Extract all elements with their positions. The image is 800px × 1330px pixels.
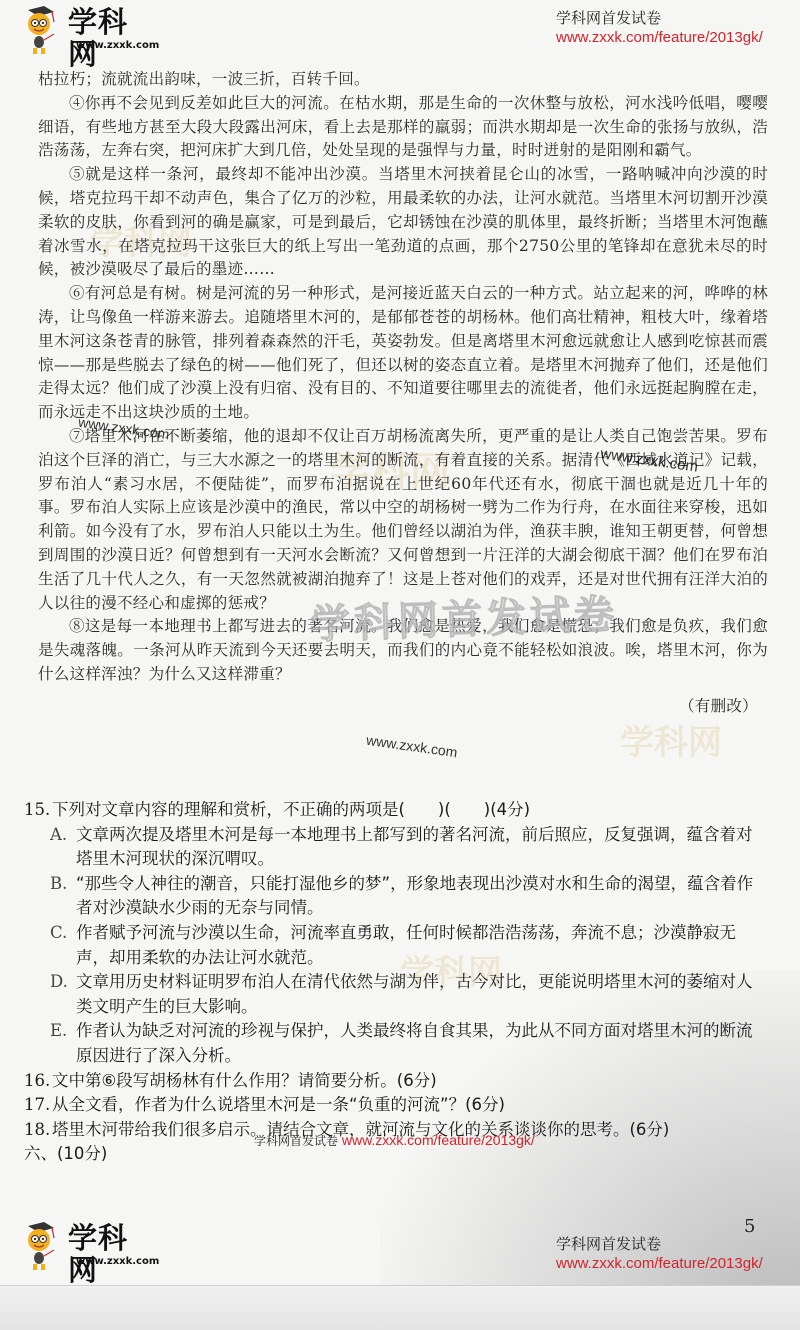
question-number: 17. xyxy=(24,1093,52,1118)
question-number: 16. xyxy=(24,1069,52,1094)
option-e: E. 作者认为缺乏对河流的珍视与保护，人类最终将自食其果，为此从不同方面对塔里木… xyxy=(24,1019,764,1068)
option-text: 作者赋予河流与沙漠以生命，河流率直勇敢，任何时候都浩浩荡荡，奔流不息；沙漠静寂无… xyxy=(76,921,764,970)
passage-paragraph: ⑤就是这样一条河，最终却不能冲出沙漠。当塔里木河挟着昆仑山的冰雪，一路呐喊冲向沙… xyxy=(38,163,768,282)
footer-url[interactable]: www.zxxk.com/feature/2013gk/ xyxy=(556,1254,763,1274)
section-six-label: 六、(10分) xyxy=(24,1142,107,1167)
page-header: 学科网 www.zxxk.com 学科网首发试卷 www.zxxk.com/fe… xyxy=(0,0,800,60)
reading-passage: 枯拉朽；流就流出韵味，一波三折，百转千回。 ④你再不会见到反差如此巨大的河流。在… xyxy=(38,68,768,719)
watermark-inline-url: www.zxxk.com/feature/2013gk/ xyxy=(342,1132,535,1148)
question-17: 17. 从全文看，作者为什么说塔里木河是一条“负重的河流”？(6分) xyxy=(24,1093,764,1118)
logo-brand: 学科网 xyxy=(68,6,144,70)
watermark-inline: 学科网首发试卷 www.zxxk.com/feature/2013gk/ xyxy=(254,1132,535,1149)
page-footer: 学科网 www.zxxk.com 学科网首发试卷 www.zxxk.com/fe… xyxy=(0,1200,800,1260)
passage-paragraph: 枯拉朽；流就流出韵味，一波三折，百转千回。 xyxy=(38,68,768,92)
passage-paragraph: ⑧这是每一本地理书上都写进去的著名河流。我们愈是热爱，我们愈是慌恐；我们愈是负疚… xyxy=(38,615,768,686)
watermark-url: www.zxxk.com xyxy=(365,732,458,761)
question-text: 下列对文章内容的理解和赏析，不正确的两项是( )( )(4分) xyxy=(52,798,530,823)
passage-credit: （有删改） xyxy=(38,695,768,719)
option-text: 作者认为缺乏对河流的珍视与保护，人类最终将自食其果，为此从不同方面对塔里木河的断… xyxy=(76,1019,764,1068)
questions-section: 15. 下列对文章内容的理解和赏析，不正确的两项是( )( )(4分) A. 文… xyxy=(24,798,764,1167)
option-text: 文章用历史材料证明罗布泊人在清代依然与湖为伴，古今对比，更能说明塔里木河的萎缩对… xyxy=(76,970,764,1019)
header-right: 学科网首发试卷 www.zxxk.com/feature/2013gk/ xyxy=(556,8,763,48)
option-letter: D. xyxy=(50,970,76,1019)
header-title: 学科网首发试卷 xyxy=(556,8,763,28)
option-letter: E. xyxy=(50,1019,76,1068)
option-letter: C. xyxy=(50,921,76,970)
watermark-logo: 学科网 xyxy=(620,715,722,764)
page-number: 5 xyxy=(744,1216,755,1237)
zxxk-logo: 学科网 www.zxxk.com xyxy=(24,4,144,56)
question-16: 16. 文中第⑥段写胡杨林有什么作用？请简要分析。(6分) xyxy=(24,1069,764,1094)
watermark-inline-label: 学科网首发试卷 xyxy=(254,1134,338,1148)
footer-title: 学科网首发试卷 xyxy=(556,1234,763,1254)
option-d: D. 文章用历史材料证明罗布泊人在清代依然与湖为伴，古今对比，更能说明塔里木河的… xyxy=(24,970,764,1019)
scan-edge xyxy=(0,1285,800,1330)
option-letter: A. xyxy=(50,823,76,872)
passage-paragraph: ④你再不会见到反差如此巨大的河流。在枯水期，那是生命的一次休整与放松，河水浅吟低… xyxy=(38,92,768,163)
mascot-icon xyxy=(24,4,56,56)
option-c: C. 作者赋予河流与沙漠以生命，河流率直勇敢，任何时候都浩浩荡荡，奔流不息；沙漠… xyxy=(24,921,764,970)
option-text: 文章两次提及塔里木河是每一本地理书上都写到的著名河流，前后照应，反复强调，蕴含着… xyxy=(76,823,764,872)
question-number: 15. xyxy=(24,798,52,823)
option-b: B. “那些令人神往的潮音，只能打湿他乡的梦”，形象地表现出沙漠对水和生命的渴望… xyxy=(24,872,764,921)
passage-paragraph: ⑦塔里木河在不断萎缩，他的退却不仅让百万胡杨流离失所，更严重的是让人类自己饱尝苦… xyxy=(38,425,768,615)
footer-right: 学科网首发试卷 www.zxxk.com/feature/2013gk/ xyxy=(556,1234,763,1274)
question-text: 从全文看，作者为什么说塔里木河是一条“负重的河流”？(6分) xyxy=(52,1093,505,1118)
option-a: A. 文章两次提及塔里木河是每一本地理书上都写到的著名河流，前后照应，反复强调，… xyxy=(24,823,764,872)
logo-brand: 学科网 xyxy=(68,1222,144,1286)
mascot-icon xyxy=(24,1220,56,1272)
option-text: “那些令人神往的潮音，只能打湿他乡的梦”，形象地表现出沙漠对水和生命的渴望，蕴含… xyxy=(76,872,764,921)
logo-site: www.zxxk.com xyxy=(76,40,159,51)
header-url[interactable]: www.zxxk.com/feature/2013gk/ xyxy=(556,28,763,48)
logo-site: www.zxxk.com xyxy=(76,1256,159,1267)
question-number: 18. xyxy=(24,1118,52,1143)
zxxk-logo-footer: 学科网 www.zxxk.com xyxy=(24,1220,144,1272)
question-15: 15. 下列对文章内容的理解和赏析，不正确的两项是( )( )(4分) xyxy=(24,798,764,823)
option-letter: B. xyxy=(50,872,76,921)
question-text: 文中第⑥段写胡杨林有什么作用？请简要分析。(6分) xyxy=(52,1069,437,1094)
passage-paragraph: ⑥有河总是有树。树是河流的另一种形式，是河接近蓝天白云的一种方式。站立起来的河，… xyxy=(38,282,768,425)
